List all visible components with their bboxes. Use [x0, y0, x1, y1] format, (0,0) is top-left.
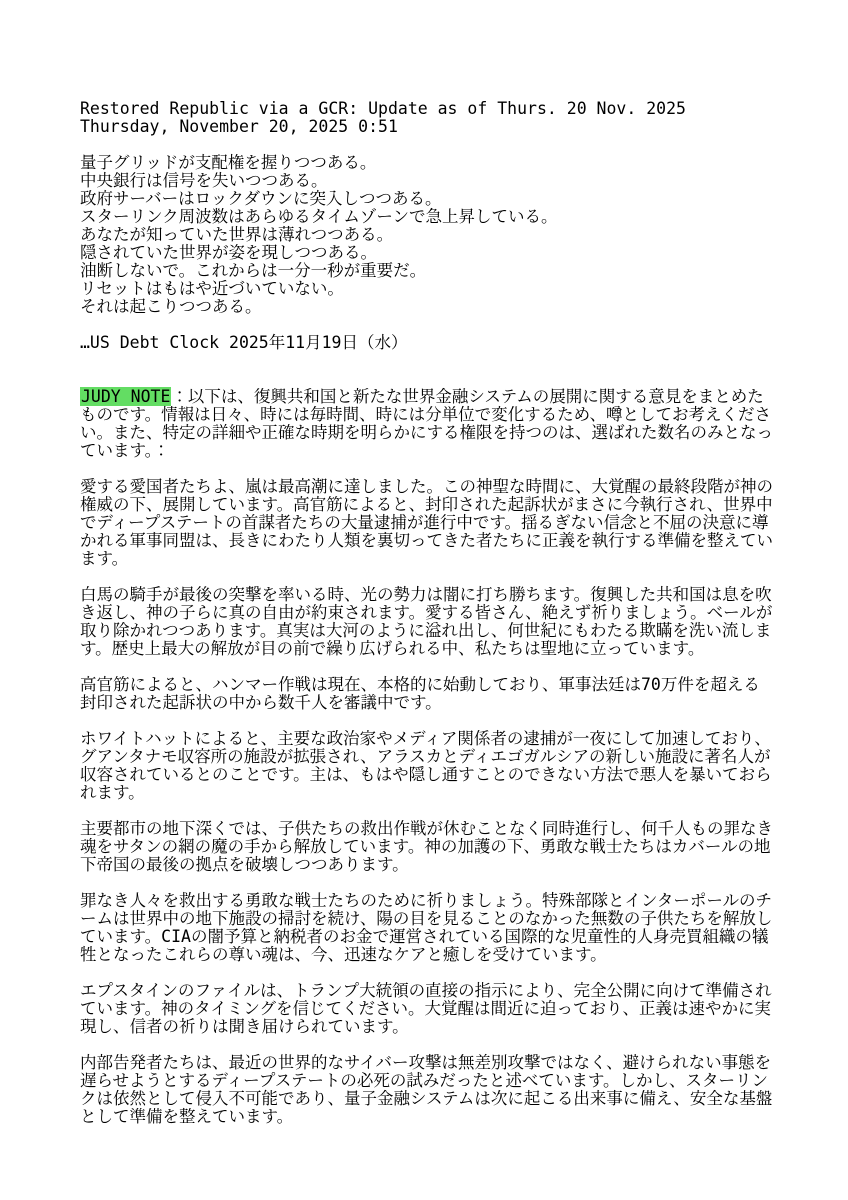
body-paragraph: ホワイトハットによると、主要な政治家やメディア関係者の逮捕が一夜にして加速してお…: [80, 730, 776, 802]
body-paragraph: 高官筋によると、ハンマー作戦は現在、本格的に始動しており、軍事法廷は70万件を超…: [80, 676, 776, 712]
intro-line: 政府サーバーはロックダウンに突入しつつある。: [80, 190, 776, 208]
judy-note-highlight-label: JUDY NOTE: [80, 387, 171, 406]
intro-line: 隠されていた世界が姿を現しつつある。: [80, 244, 776, 262]
document-date-line: Thursday, November 20, 2025 0:51: [80, 118, 776, 136]
body-paragraph: 内部告発者たちは、最近の世界的なサイバー攻撃は無差別攻撃ではなく、避けられない事…: [80, 1054, 776, 1126]
body-paragraph: 罪なき人々を救出する勇敢な戦士たちのために祈りましょう。特殊部隊とインターポール…: [80, 892, 776, 964]
document-page: Restored Republic via a GCR: Update as o…: [0, 0, 848, 1200]
body-paragraph: 白馬の騎手が最後の突撃を率いる時、光の勢力は闇に打ち勝ちます。復興した共和国は息…: [80, 586, 776, 658]
body-paragraph: 主要都市の地下深くでは、子供たちの救出作戦が休むことなく同時進行し、何千人もの罪…: [80, 820, 776, 874]
source-line: …US Debt Clock 2025年11月19日（水）: [80, 334, 776, 352]
intro-line: 油断しないで。これからは一分一秒が重要だ。: [80, 262, 776, 280]
intro-line: スターリンク周波数はあらゆるタイムゾーンで急上昇している。: [80, 208, 776, 226]
intro-lines-block: 量子グリッドが支配権を握りつつある。中央銀行は信号を失いつつある。政府サーバーは…: [80, 154, 776, 316]
document-title: Restored Republic via a GCR: Update as o…: [80, 100, 776, 118]
intro-line: 中央銀行は信号を失いつつある。: [80, 172, 776, 190]
intro-line: それは起こりつつある。: [80, 298, 776, 316]
body-paragraph: 愛する愛国者たちよ、嵐は最高潮に達しました。この神聖な時間に、大覚醒の最終段階が…: [80, 478, 776, 568]
body-paragraphs: 愛する愛国者たちよ、嵐は最高潮に達しました。この神聖な時間に、大覚醒の最終段階が…: [80, 478, 776, 1126]
intro-line: リセットはもはや近づいていない。: [80, 280, 776, 298]
judy-note-paragraph: JUDY NOTE：以下は、復興共和国と新たな世界金融システムの展開に関する意見…: [80, 388, 776, 460]
judy-note-text: ：以下は、復興共和国と新たな世界金融システムの展開に関する意見をまとめたものです…: [80, 387, 773, 460]
intro-line: 量子グリッドが支配権を握りつつある。: [80, 154, 776, 172]
intro-line: あなたが知っていた世界は薄れつつある。: [80, 226, 776, 244]
document-header: Restored Republic via a GCR: Update as o…: [80, 100, 776, 136]
body-paragraph: エプスタインのファイルは、トランプ大統領の直接の指示により、完全公開に向けて準備…: [80, 982, 776, 1036]
